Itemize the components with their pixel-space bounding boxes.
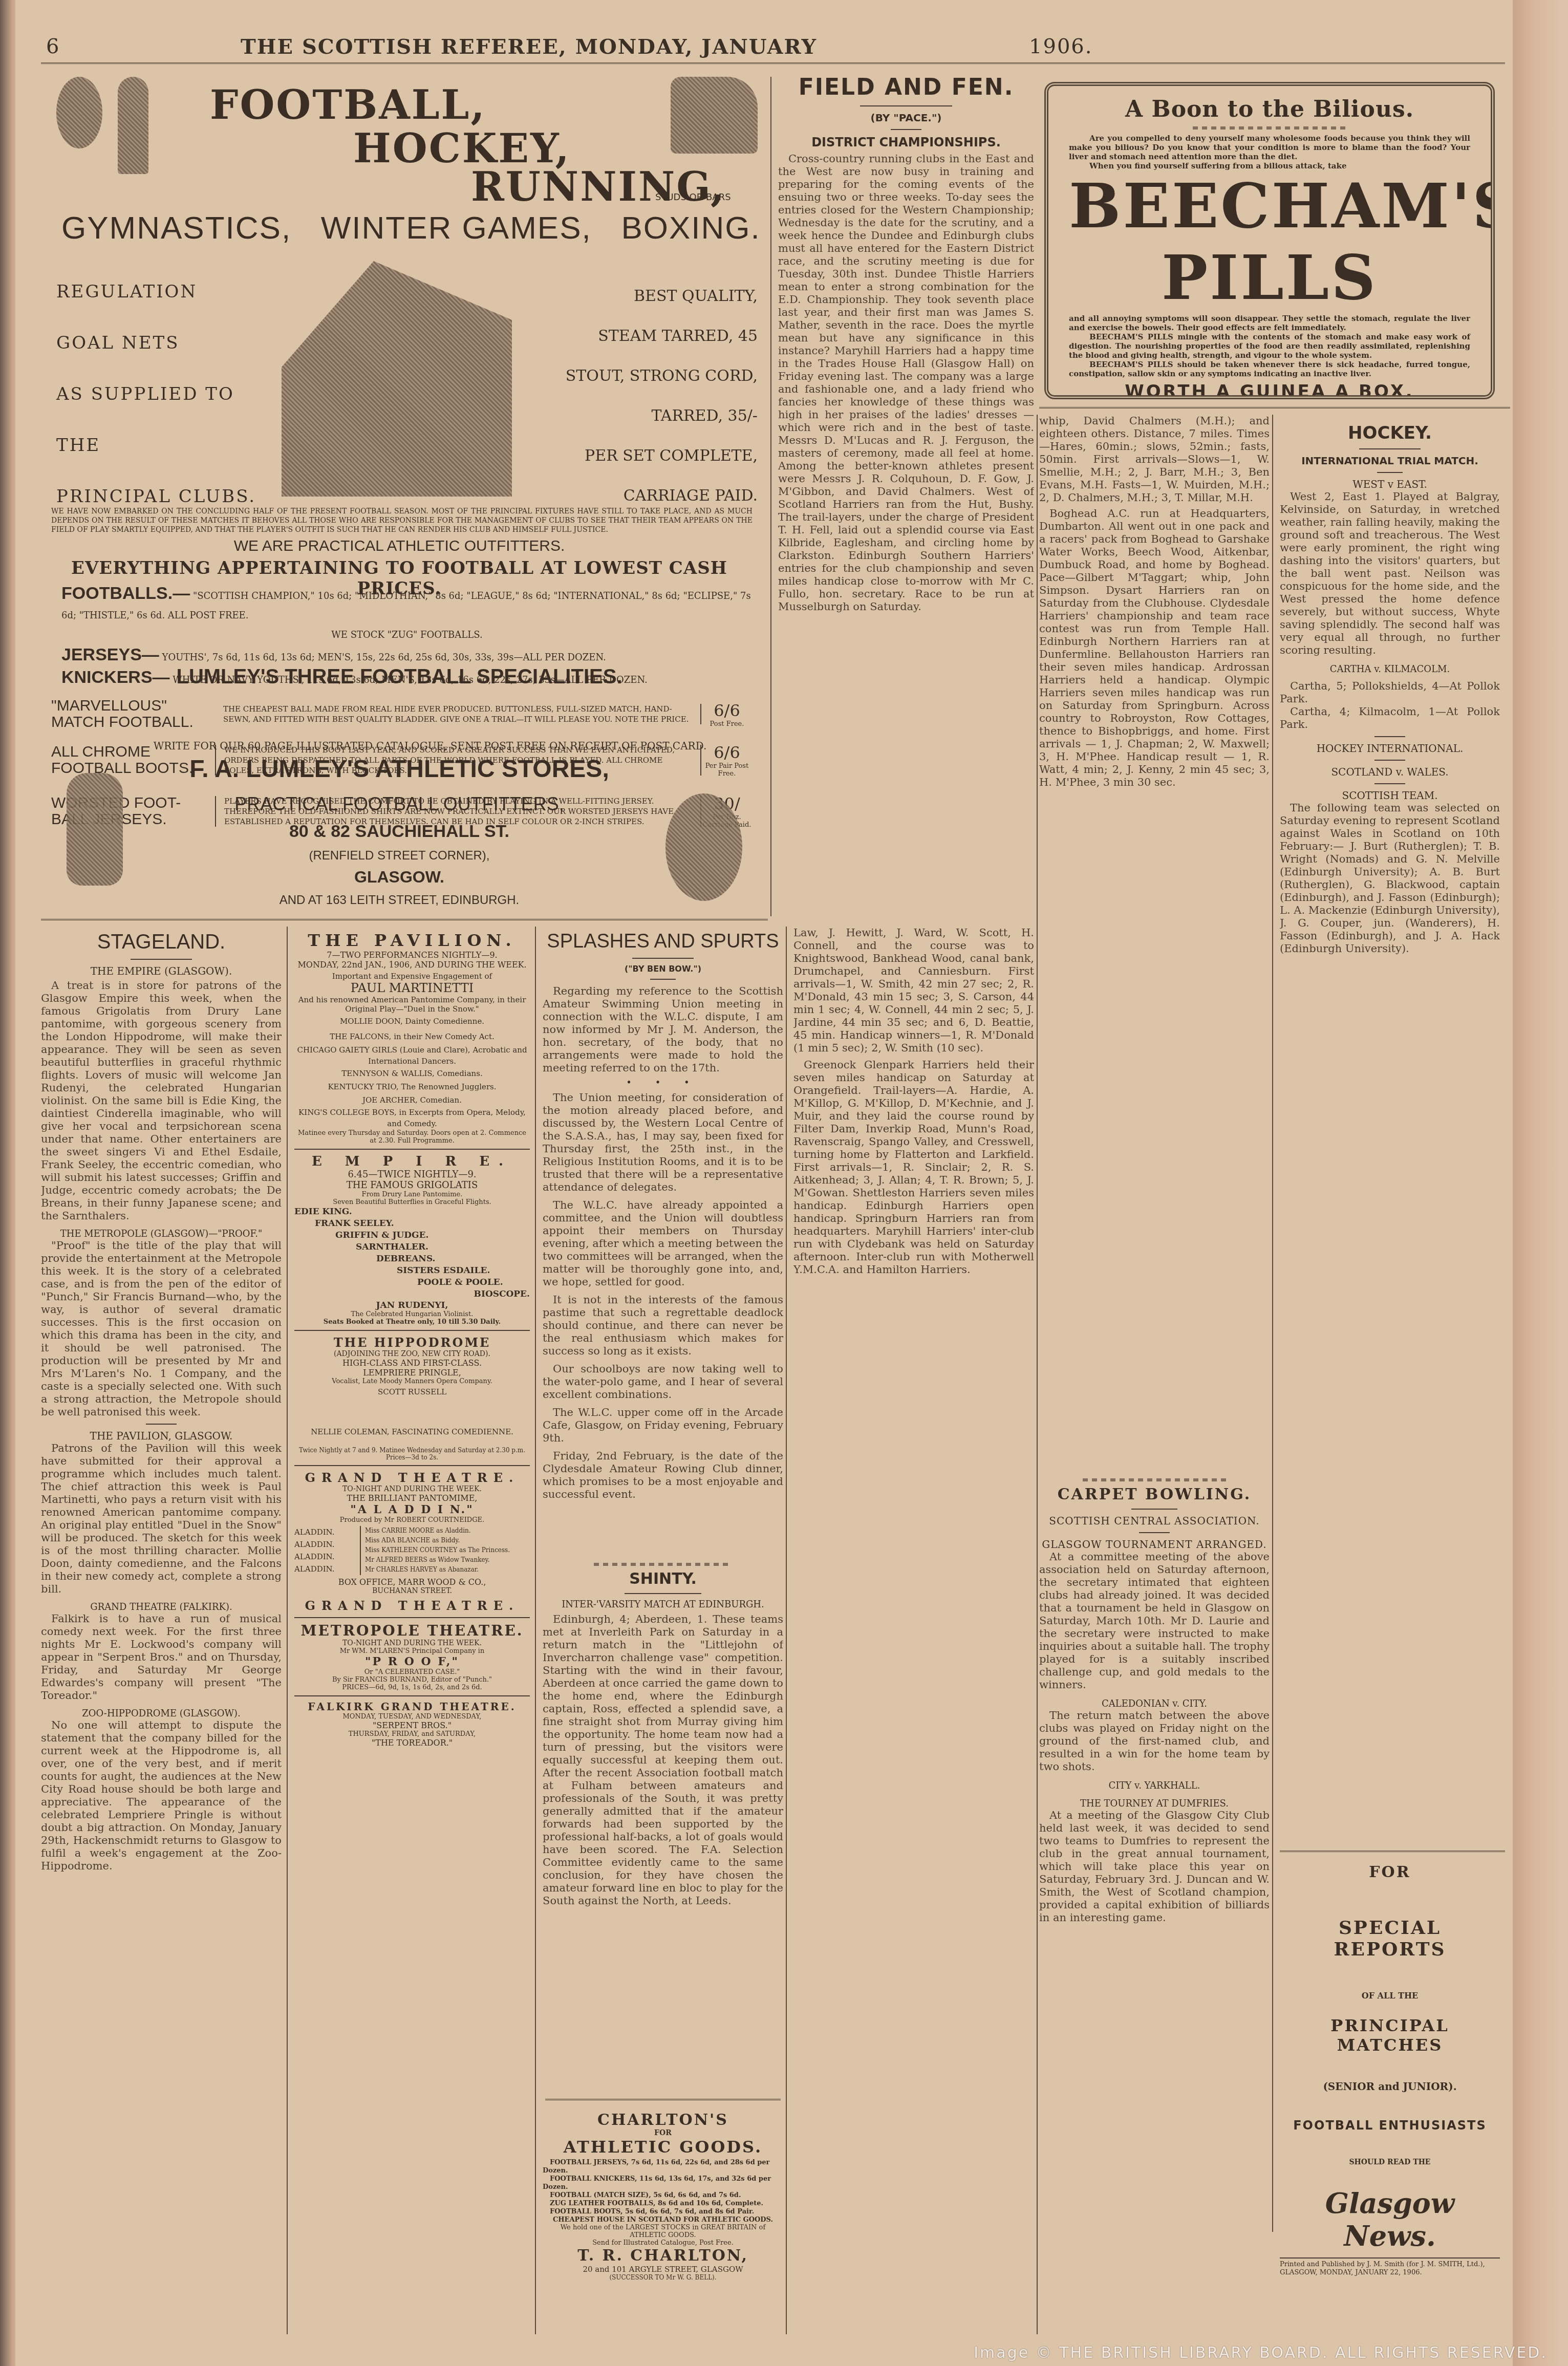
ornament [594,1563,732,1566]
charlton-advertisement: CHARLTON'S FOR ATHLETIC GOODS. FOOTBALL … [543,2104,783,2350]
ad-act: BIOSCOPE. [294,1288,530,1300]
speciality-name: "MARVELLOUS" MATCH FOOTBALL. [51,698,215,730]
ad-street: BUCHANAN STREET. [294,1587,530,1595]
nets-goal: GOAL NETS [56,317,271,369]
store-city: GLASGOW. [143,868,655,887]
ad-act: KENTUCKY TRIO, The Renowned Jugglers. [294,1080,530,1093]
article-byline: (BY "PACE.") [778,112,1034,124]
article-body: Edinburgh, 4; Aberdeen, 1. These teams m… [543,1613,783,1907]
column-divider [535,927,536,2334]
ad-senior-junior: (SENIOR and JUNIOR). [1280,2080,1500,2093]
ad-body-1: and all annoying symptoms will soon disa… [1069,314,1470,332]
ad-headline: THE FAMOUS GRIGOLATIS [294,1180,530,1191]
ad-should-read: SHOULD READ THE [1280,2158,1500,2166]
ad-star: LEMPRIERE PRINGLE, [294,1368,530,1378]
ad-show: "THE TOREADOR." [294,1738,530,1748]
article-body: The W.L.C. upper come off in the Arcade … [543,1406,783,1445]
ad-act: DEBREANS. [294,1253,530,1265]
boot-illustration [671,77,758,154]
ad-title: THE HIPPODROME [294,1335,530,1350]
store-corner: (RENFIELD STREET CORNER), [143,849,655,863]
section-header: HOCKEY INTERNATIONAL. [1280,742,1500,755]
article-body: It is not in the interests of the famous… [543,1294,783,1358]
ad-separator [294,1617,530,1618]
ad-of-all: OF ALL THE [1280,1991,1500,2001]
section-header: CALEDONIAN v. CITY. [1039,1698,1270,1709]
ad-company: And his renowned American Pantomime Comp… [294,995,530,1014]
store-name: F. A. LUMLEY'S ATHLETIC STORES, [143,755,655,783]
harriers-results-column: Law, J. Hewitt, J. Ward, W. Scott, H. Co… [793,927,1034,2350]
stageland-article: STAGELAND. THE EMPIRE (GLASGOW). A treat… [41,927,282,2350]
ad-star-desc: Vocalist, Late Moody Manners Opera Compa… [294,1378,530,1385]
boot-caption: STUDS OR BARS [655,192,731,203]
footballer-illustration [118,77,148,174]
ad-act: CHICAGO GAIETY GIRLS (Louie and Clare), … [294,1044,530,1067]
article-body: Cross-country running clubs in the East … [778,153,1034,613]
article-body: A treat is in store for patrons of the G… [41,979,282,1222]
article-body: Patrons of the Pavilion will this week h… [41,1442,282,1596]
divider [131,959,192,960]
price-item: FOOTBALL JERSEYS, 7s 6d, 11s 6d, 22s 6d,… [543,2159,783,2175]
ad-catalogue: Send for Illustrated Catalogue, Post Fre… [543,2239,783,2247]
section-header: THE PAVILION, GLASGOW. [41,1430,282,1442]
price-row-zug: WE STOCK "ZUG" FOOTBALLS. [61,626,753,645]
price-item: ZUG LEATHER FOOTBALLS, 8s 6d and 10s 6d,… [543,2200,783,2208]
nets-tarred: TARRED, 35/- [532,396,758,436]
ad-body-3: BEECHAM'S PILLS should be taken whenever… [1069,360,1470,378]
article-body: "Proof" is the title of the play that wi… [41,1239,282,1418]
ad-separator [294,1695,530,1696]
metropole-ad: METROPOLE THEATRE. TO-NIGHT AND DURING T… [294,1622,530,1691]
adjacent-page-edge [1513,0,1568,2366]
glasgow-news-logo: Glasgow News. [1280,2187,1500,2252]
ad-slogan: WORTH A GUINEA A BOX. [1069,381,1470,399]
masthead: 6 THE SCOTTISH REFEREE, MONDAY, JANUARY … [31,35,1490,55]
jersey-illustration [67,773,123,886]
beechams-advertisement: A Boon to the Bilious. Are you compelled… [1044,82,1495,399]
section-header: CARTHA v. KILMACOLM. [1280,664,1500,675]
price-item: FOOTBALL (MATCH SIZE), 5s 6d, 6s 6d, and… [543,2191,783,2200]
cast-table: ALADDIN. ALADDIN. ALADDIN. ALADDIN. Miss… [294,1526,530,1575]
section-header: GRAND THEATRE (FALKIRK). [41,1602,282,1612]
speciality-price-note: Post Free. [701,720,753,728]
article-title: SHINTY. [543,1570,783,1588]
ad-address: 20 and 101 ARGYLE STREET, GLASGOW [543,2265,783,2274]
nets-steam-tarred: STEAM TARRED, 45 [532,316,758,356]
article-title: CARPET BOWLING. [1039,1486,1270,1503]
price-text: YOUTHS', 7s 6d, 11s 6d, 13s 6d; MEN'S, 1… [162,652,606,663]
goal-net-illustration [282,261,512,497]
column-divider [786,927,787,2334]
ad-name: CHARLTON'S [543,2111,783,2129]
article-body: At a meeting of the Glasgow City Club he… [1039,1809,1270,1924]
ad-violinist: JAN RUDENYI, [294,1300,530,1310]
harriers-continued-column: whip, David Chalmers (M.H.); and eightee… [1039,415,1270,1418]
price-row-jerseys: JERSEYS— YOUTHS', 7s 6d, 11s 6d, 13s 6d;… [61,645,753,668]
ad-body-2: BEECHAM'S PILLS mingle with the contents… [1069,332,1470,360]
falkirk-ad: FALKIRK GRAND THEATRE. MONDAY, TUESDAY, … [294,1701,530,1748]
article-title: FIELD AND FEN. [778,74,1034,100]
section-rule [41,919,768,920]
article-subtitle-2: GLASGOW TOURNAMENT ARRANGED. [1039,1538,1270,1551]
ad-act: JOE ARCHER, Comedian. [294,1093,530,1107]
glasgow-news-advertisement: FOR SPECIAL REPORTS OF ALL THE PRINCIPAL… [1280,1858,1500,2334]
divider [650,979,676,980]
price-list: FOOTBALL JERSEYS, 7s 6d, 11s 6d, 22s 6d,… [543,2159,783,2216]
article-title: SPLASHES AND SPURTS [543,931,783,953]
ad-principal-matches: PRINCIPAL MATCHES [1280,2016,1500,2055]
article-subtitle: DISTRICT CHAMPIONSHIPS. [778,135,1034,149]
ad-intro: Are you compelled to deny yourself many … [1069,134,1470,161]
cast-member: Miss ADA BLANCHE as Biddy. [365,1536,530,1545]
hockey-article: HOCKEY. INTERNATIONAL TRIAL MATCH. WEST … [1280,415,1500,1838]
ad-separator [294,1330,530,1331]
ornament [1193,126,1346,130]
nets-quality: BEST QUALITY, [532,276,758,316]
theatre-advertisements: THE PAVILION. 7—TWO PERFORMANCES NIGHTLY… [294,927,530,2350]
nets-left-text: REGULATION GOAL NETS AS SUPPLIED TO THE … [56,266,271,522]
divider [1377,472,1403,473]
article-body: Regarding my reference to the Scottish A… [543,985,783,1074]
specialities-title: LUMLEY'S THREE FOOTBALL SPECIALITIES. [41,665,758,689]
speciality-desc: THE CHEAPEST BALL MADE FROM REAL HIDE EV… [215,704,701,724]
store-address: 80 & 82 SAUCHIEHALL ST. [143,822,655,842]
ad-show: "P R O O F," [294,1655,530,1668]
pavilion-ad: THE PAVILION. 7—TWO PERFORMANCES NIGHTLY… [294,931,530,1145]
nets-right-text: BEST QUALITY, STEAM TARRED, 45 STOUT, ST… [532,276,758,516]
article-body: The following team was selected on Satur… [1280,802,1500,955]
masthead-year: 1906. [1029,35,1093,58]
ad-title: A Boon to the Bilious. [1069,96,1470,122]
ad-successor: (SUCCESSOR TO Mr W. G. BELL). [543,2274,783,2281]
ad-class: HIGH-CLASS AND FIRST-CLASS. [294,1358,530,1368]
section-header: THE METROPOLE (GLASGOW)—"PROOF." [41,1229,282,1239]
result-line: Cartha, 4; Kilmacolm, 1—At Pollok Park. [1280,705,1500,731]
nets-regulation: REGULATION [56,266,271,317]
ad-tonight: TO-NIGHT AND DURING THE WEEK. [294,1639,530,1647]
field-and-fen-article: FIELD AND FEN. (BY "PACE.") DISTRICT CHA… [778,72,1034,916]
ad-stocks: We hold one of the LARGEST STOCKS in GRE… [543,2224,783,2239]
cast-label: ALADDIN. [294,1551,360,1563]
ad-show: "A L A D D I N." [294,1503,530,1516]
speciality-price: 6/6 [701,701,753,720]
ad-matinee: Matinee every Thursday and Saturday. Doo… [294,1129,530,1145]
section-header: CITY v. YARKHALL. [1039,1780,1270,1791]
nets-stout: STOUT, STRONG CORD, [532,356,758,396]
article-body: At a committee meeting of the above asso… [1039,1551,1270,1691]
ad-times: 7—TWO PERFORMANCES NIGHTLY—9. [294,950,530,960]
article-body: Friday, 2nd February, is the date of the… [543,1450,783,1501]
football-illustration [665,793,742,901]
ad-title: GRAND THEATRE. [294,1470,530,1485]
divider [1374,783,1405,784]
printer-imprint: Printed and Published by J. M. Smith (fo… [1280,2257,1500,2277]
lumley-advertisement: FOOTBALL, HOCKEY, RUNNING, STUDS OR BARS… [41,67,758,916]
divider [1131,1509,1177,1510]
ad-title: METROPOLE THEATRE. [294,1622,530,1639]
ad-special-reports: SPECIAL REPORTS [1280,1917,1500,1960]
article-subtitle: INTER-'VARSITY MATCH AT EDINBURGH. [543,1599,783,1610]
cast-member: Miss CARRIE MOORE as Aladdin. [365,1526,530,1536]
article-body: The return match between the above clubs… [1039,1709,1270,1773]
ad-cheapest: CHEAPEST HOUSE IN SCOTLAND FOR ATHLETIC … [543,2216,783,2224]
cast-label: ALADDIN. [294,1563,360,1575]
hippodrome-ad: THE HIPPODROME (ADJOINING THE ZOO, NEW C… [294,1335,530,1461]
subhead-sports: GYMNASTICS, WINTER GAMES, BOXING. [61,210,758,246]
section-header: ZOO-HIPPODROME (GLASGOW). [41,1708,282,1719]
article-body: whip, David Chalmers (M.H.); and eightee… [1039,415,1270,504]
article-body: Falkirk is to have a run of musical come… [41,1612,282,1702]
section-rule [1280,1851,1505,1852]
article-body: Greenock Glenpark Harriers held their se… [793,1059,1034,1276]
splashes-and-spurts-article: SPLASHES AND SPURTS ("BY BEN BOW.") Rega… [543,927,783,1556]
section-header: SCOTLAND v. WALES. [1280,766,1500,778]
column-divider [287,927,288,2334]
newspaper-title: THE SCOTTISH REFEREE, MONDAY, JANUARY [241,35,817,59]
cast-label: ALADDIN. [294,1538,360,1551]
masthead-rule [41,62,1505,64]
section-header: THE TOURNEY AT DUMFRIES. [1039,1798,1270,1809]
ad-seats: Seats Booked at Theatre only, 10 till 5.… [294,1318,530,1326]
price-item: FOOTBALL KNICKERS, 11s 6d, 13s 6d, 17s, … [543,2175,783,2191]
ad-violinist-desc: The Celebrated Hungarian Violinist. [294,1310,530,1318]
ad-times: Twice Nightly at 7 and 9. Matinee Wednes… [294,1447,530,1461]
ad-act: SISTERS ESDAILE. [294,1265,530,1277]
ad-alt-title: Or "A CELEBRATED CASE." [294,1668,530,1676]
store-carriage: ORDERS AMOUNTING TO 5s AND OVER SENT CAR… [143,914,655,916]
headline-football: FOOTBALL, [210,82,486,128]
headline-running: RUNNING, [471,164,726,210]
ad-author: By Sir FRANCIS BURNAND, Editor of "Punch… [294,1676,530,1684]
divider [1359,448,1421,449]
ad-tonight: TO-NIGHT AND DURING THE WEEK. [294,1485,530,1493]
ad-act: EDIE KING. [294,1206,530,1218]
ad-prices: PRICES—6d, 9d, 1s, 1s 6d, 2s, and 2s 6d. [294,1684,530,1691]
divider [891,129,921,130]
result-line: Cartha, 5; Pollokshields, 4—At Pollok Pa… [1280,680,1500,705]
ad-engagement: Important and Expensive Engagement of [294,972,530,981]
article-body: The W.L.C. have already appointed a comm… [543,1199,783,1288]
column-divider [1037,415,1038,2334]
price-row-footballs: FOOTBALLS.— "SCOTTISH CHAMPION," 10s 6d;… [61,584,753,626]
beechams-brand: BEECHAM'S PILLS [1069,170,1470,314]
divider [625,1593,701,1594]
catalogue-line: WRITE FOR OUR 60 PAGE ILLUSTRATED CATALO… [102,740,758,752]
store-edinburgh: AND AT 163 LEITH STREET, EDINBURGH. [143,893,655,908]
ad-title: E M P I R E. [294,1154,530,1169]
ad-act: KING'S COLLEGE BOYS, in Excerpts from Op… [294,1107,530,1129]
ad-star: PAUL MARTINETTI [294,981,530,995]
divider [1139,1532,1170,1533]
ad-box-office: BOX OFFICE, MARR WOOD & CO., [294,1577,530,1587]
ad-dates: THURSDAY, FRIDAY, and SATURDAY, [294,1730,530,1738]
ad-for: FOR [1280,1863,1500,1881]
article-body: Law, J. Hewitt, J. Ward, W. Scott, H. Co… [793,927,1034,1055]
ad-goods: ATHLETIC GOODS. [543,2137,783,2157]
ad-for: FOR [543,2129,783,2137]
divider [146,1424,177,1425]
store-subtitle: PRACTICAL FOOTBALL OUTFITTERS, [143,793,655,815]
ad-times: 6.45—TWICE NIGHTLY—9. [294,1169,530,1180]
ad-title: FALKIRK GRAND THEATRE. [294,1701,530,1713]
section-rule [545,2099,781,2100]
ad-act: NELLIE COLEMAN, FASCINATING COMEDIENNE. [294,1427,530,1436]
speciality-football: "MARVELLOUS" MATCH FOOTBALL. THE CHEAPES… [51,694,753,735]
price-label: FOOTBALLS.— [61,584,190,603]
speciality-price-note: Per Pair Post Free. [701,762,753,778]
cast-member: Mr CHARLES HARVEY as Abanazar. [365,1565,530,1575]
ad-title-repeat: GRAND THEATRE. [294,1598,530,1613]
empire-ad: E M P I R E. 6.45—TWICE NIGHTLY—9. THE F… [294,1154,530,1326]
article-subtitle: SCOTTISH CENTRAL ASSOCIATION. [1039,1515,1270,1527]
act-list: EDIE KING. FRANK SEELEY. GRIFFIN & JUDGE… [294,1206,530,1300]
ad-desc: Seven Beautiful Butterflies in Graceful … [294,1198,530,1206]
ad-act: SARNTHALER. [294,1241,530,1253]
match-title: WEST v EAST. [1280,478,1500,490]
ad-title: THE PAVILION. [294,931,530,950]
article-byline: ("BY BEN BOW.") [543,964,783,974]
ad-show: "SERPENT BROS." [294,1720,530,1730]
ad-date: MONDAY, 22nd JAN., 1906, AND DURING THE … [294,960,530,970]
ad-act: TENNYSON & WALLIS, Comedians. [294,1067,530,1080]
section-rule [1039,407,1510,408]
carpet-bowling-article: CARPET BOWLING. SCOTTISH CENTRAL ASSOCIA… [1039,1474,1270,2293]
ad-dates: MONDAY, TUESDAY, AND WEDNESDAY, [294,1713,530,1720]
ad-location: (ADJOINING THE ZOO, NEW CITY ROAD). [294,1350,530,1358]
divider [1374,760,1405,761]
ad-enthusiasts: FOOTBALL ENTHUSIASTS [1280,2118,1500,2133]
ad-act: THE FALCONS, in their New Comedy Act. [294,1029,530,1044]
ad-act: FRANK SEELEY. [294,1218,530,1230]
nets-per-set: PER SET COMPLETE, [532,436,758,476]
ad-from: From Drury Lane Pantomime. [294,1191,530,1198]
ad-act: MOLLIE DOON, Dainty Comedienne. [294,1014,530,1029]
ad-company: Mr WM. M'LAREN'S Principal Company in [294,1647,530,1655]
article-body: Our schoolboys are now taking well to th… [543,1363,783,1401]
copyright-watermark: Image © THE BRITISH LIBRARY BOARD. ALL R… [974,2344,1548,2362]
column-divider [770,77,771,916]
article-body: Boghead A.C. run at Headquarters, Dumbar… [1039,507,1270,789]
cast-list: Miss CARRIE MOORE as Aladdin. Miss ADA B… [361,1526,530,1575]
ornament [1083,1478,1226,1481]
ad-proprietor: T. R. CHARLTON, [543,2247,783,2265]
ad-producer: Produced by Mr ROBERT COURTNEIDGE. [294,1516,530,1524]
column-divider [1272,415,1273,2232]
speciality-price-box: 6/6Post Free. [701,701,753,728]
grand-theatre-ad: GRAND THEATRE. TO-NIGHT AND DURING THE W… [294,1470,530,1613]
cast-member: Mr ALFRED BEERS as Widow Twankey. [365,1555,530,1565]
price-item: FOOTBALL BOOTS, 5s 6d, 6s 6d, 7s 6d, and… [543,2208,783,2216]
ad-separator [294,1149,530,1150]
article-title: HOCKEY. [1280,423,1500,443]
ad-act: SCOTT RUSSELL [294,1387,530,1396]
article-body: West 2, East 1. Played at Balgray, Kelvi… [1280,490,1500,657]
ad-pantomime: THE BRILLIANT PANTOMIME, [294,1493,530,1503]
page-number: 6 [46,35,60,58]
cast-labels: ALADDIN. ALADDIN. ALADDIN. ALADDIN. [294,1526,361,1575]
ad-act: POOLE & POOLE. [294,1277,530,1288]
article-subtitle: INTERNATIONAL TRIAL MATCH. [1280,455,1500,467]
section-header: SCOTTISH TEAM. [1280,789,1500,802]
divider [632,958,694,959]
football-badge-illustration [56,77,102,148]
outfitters-line: WE ARE PRACTICAL ATHLETIC OUTFITTERS. [41,537,758,555]
section-header: THE EMPIRE (GLASGOW). [41,965,282,977]
ad-separator [294,1465,530,1466]
shinty-article: SHINTY. INTER-'VARSITY MATCH AT EDINBURG… [543,1559,783,2096]
article-body: No one will attempt to dispute the state… [41,1719,282,1873]
article-title: STAGELAND. [41,931,282,954]
ad-notice: WE HAVE NOW EMBARKED ON THE CONCLUDING H… [51,507,753,534]
separator-dots: • • • [543,1078,783,1088]
nets-supplied: AS SUPPLIED TO THE [56,369,271,471]
ad-act: GRIFFIN & JUDGE. [294,1230,530,1241]
article-body: The Union meeting, for consideration of … [543,1091,783,1194]
cast-member: Miss KATHLEEN COURTNEY as The Princess. [365,1545,530,1555]
price-label: JERSEYS— [61,645,159,664]
ad-intro-2: When you find yourself suffering from a … [1069,161,1470,170]
cast-label: ALADDIN. [294,1526,360,1538]
divider [860,105,952,106]
divider [1374,736,1405,737]
